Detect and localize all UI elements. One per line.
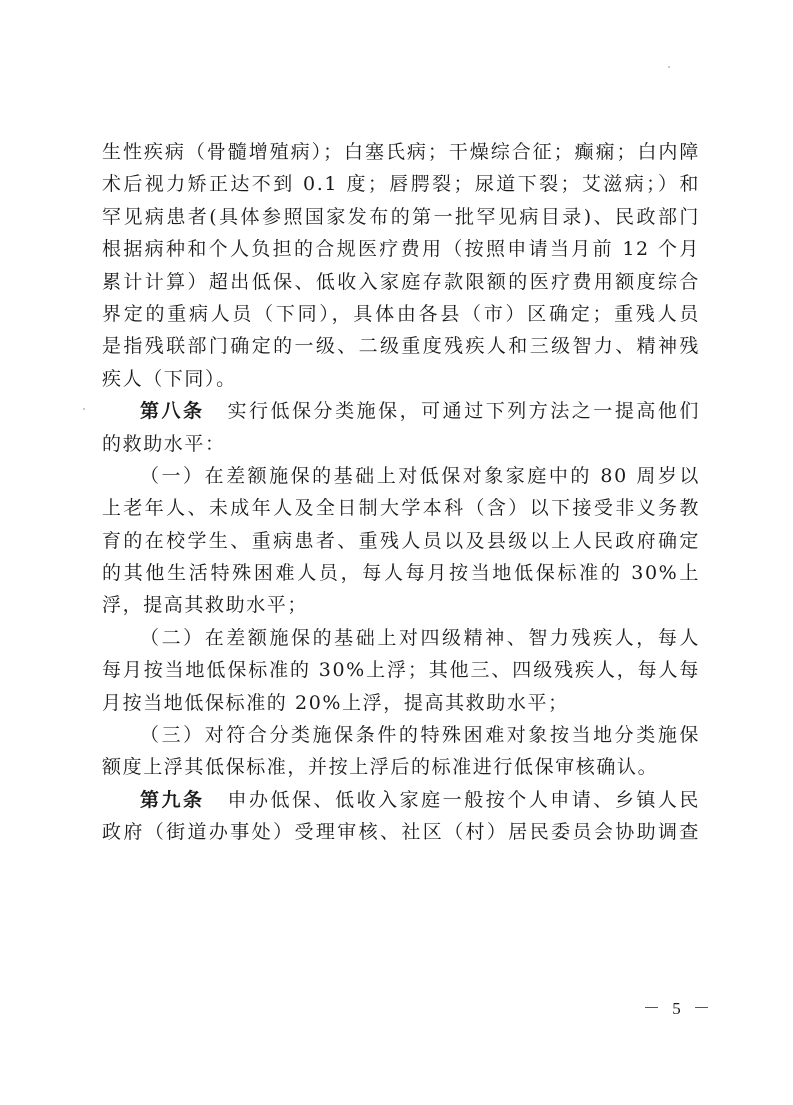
item-2-line: 月按当地低保标准的 20%上浮，提高其救助水平； xyxy=(102,687,700,719)
scan-speck xyxy=(668,66,670,68)
text-line: 界定的重病人员（下同），具体由各县（市）区确定；重残人员 xyxy=(102,298,700,330)
item-1-line: 浮，提高其救助水平； xyxy=(102,589,700,621)
text-line: 疾人（下同）。 xyxy=(102,363,700,395)
text-line: 术后视力矫正达不到 0.1 度；唇腭裂；尿道下裂；艾滋病；）和 xyxy=(102,168,700,200)
item-2-line: 每月按当地低保标准的 30%上浮；其他三、四级残疾人，每人每 xyxy=(102,654,700,686)
scan-speck xyxy=(83,408,85,410)
item-3-line: （三）对符合分类施保条件的特殊困难对象按当地分类施保 xyxy=(102,719,700,751)
article-9-text: 申办低保、低收入家庭一般按个人申请、乡镇人民 xyxy=(227,789,700,811)
text-line: 罕见病患者(具体参照国家发布的第一批罕见病目录)、民政部门 xyxy=(102,201,700,233)
text-line: 根据病种和个人负担的合规医疗费用（按照申请当月前 12 个月 xyxy=(102,233,700,265)
text-line: 的救助水平： xyxy=(102,428,700,460)
item-1-line: 育的在校学生、重病患者、重残人员以及县级以上人民政府确定 xyxy=(102,525,700,557)
text-line: 生性疾病（骨髓增殖病）；白塞氏病；干燥综合征；癫痫；白内障 xyxy=(102,136,700,168)
item-3-line: 额度上浮其低保标准，并按上浮后的标准进行低保审核确认。 xyxy=(102,751,700,783)
page-number: － 5 － xyxy=(643,994,714,1019)
article-8-heading: 第八条 xyxy=(140,400,205,422)
article-8-text: 实行低保分类施保，可通过下列方法之一提高他们 xyxy=(227,400,700,422)
item-2-line: （二）在差额施保的基础上对四级精神、智力残疾人，每人 xyxy=(102,622,700,654)
item-1-line: 上老年人、未成年人及全日制大学本科（含）以下接受非义务教 xyxy=(102,492,700,524)
text-line: 政府（街道办事处）受理审核、社区（村）居民委员会协助调查 xyxy=(102,816,700,848)
article-9-paragraph: 第九条申办低保、低收入家庭一般按个人申请、乡镇人民 xyxy=(102,784,700,816)
item-1-line: 的其他生活特殊困难人员，每人每月按当地低保标准的 30%上 xyxy=(102,557,700,589)
item-1-line: （一）在差额施保的基础上对低保对象家庭中的 80 周岁以 xyxy=(102,460,700,492)
text-line: 是指残联部门确定的一级、二级重度残疾人和三级智力、精神残 xyxy=(102,330,700,362)
document-page: 生性疾病（骨髓增殖病）；白塞氏病；干燥综合征；癫痫；白内障 术后视力矫正达不到 … xyxy=(102,136,700,849)
article-9-heading: 第九条 xyxy=(140,789,205,811)
article-8-paragraph: 第八条实行低保分类施保，可通过下列方法之一提高他们 xyxy=(102,395,700,427)
text-line: 累计计算）超出低保、低收入家庭存款限额的医疗费用额度综合 xyxy=(102,266,700,298)
